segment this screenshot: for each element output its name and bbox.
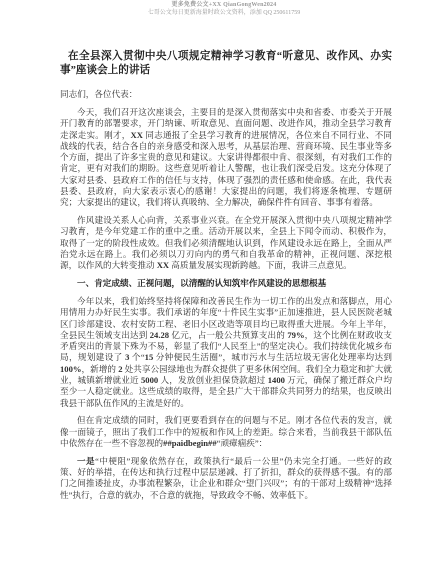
document-title: 在全县深入贯彻中央八项规定精神学习教育“听意见、改作风、办实事”座谈会上的讲话: [60, 50, 392, 77]
watermark-header: 更多免费公文+XX QianGongWen2024 七哥公文每日更新海量时政公文…: [0, 1, 448, 17]
watermark-line-2: 七哥公文每日更新海量时政公文资料，添加 QQ 250611759: [0, 9, 448, 17]
paragraph: 作风建设关系人心向背，关系事业兴衰。在全党开展深入贯彻中央八项规定精神学习教育，…: [60, 215, 392, 271]
section-heading: 一、肯定成绩、正视问题，以清醒的认知筑牢作风建设的思想根基: [60, 278, 392, 289]
watermark-line-1: 更多免费公文+XX QianGongWen2024: [0, 1, 448, 9]
paragraph: 今天，我们召开这次座谈会，主要目的是深入贯彻落实中央和省委、市委关于开展开门教育…: [60, 107, 392, 209]
document-page: 更多免费公文+XX QianGongWen2024 七哥公文每日更新海量时政公文…: [0, 0, 448, 580]
document-body: 今天，我们召开这次座谈会，主要目的是深入贯彻落实中央和省委、市委关于开展开门教育…: [60, 107, 392, 501]
document-content: 在全县深入贯彻中央八项规定精神学习教育“听意见、改作风、办实事”座谈会上的讲话 …: [60, 50, 392, 507]
paragraph: 一是“中梗阻”现象依然存在，政策执行“最后一公里”仍未完全打通。一些好的政策、好…: [60, 456, 392, 501]
salutation: 同志们，各位代表：: [60, 89, 392, 100]
paragraph: 但在肯定成绩的同时，我们更要看到存在的问题与不足。刚才各位代表的发言，就像一面镜…: [60, 415, 392, 449]
paragraph: 今年以来，我们始终坚持将保障和改善民生作为一切工作的出发点和落脚点，用心用情用力…: [60, 296, 392, 409]
